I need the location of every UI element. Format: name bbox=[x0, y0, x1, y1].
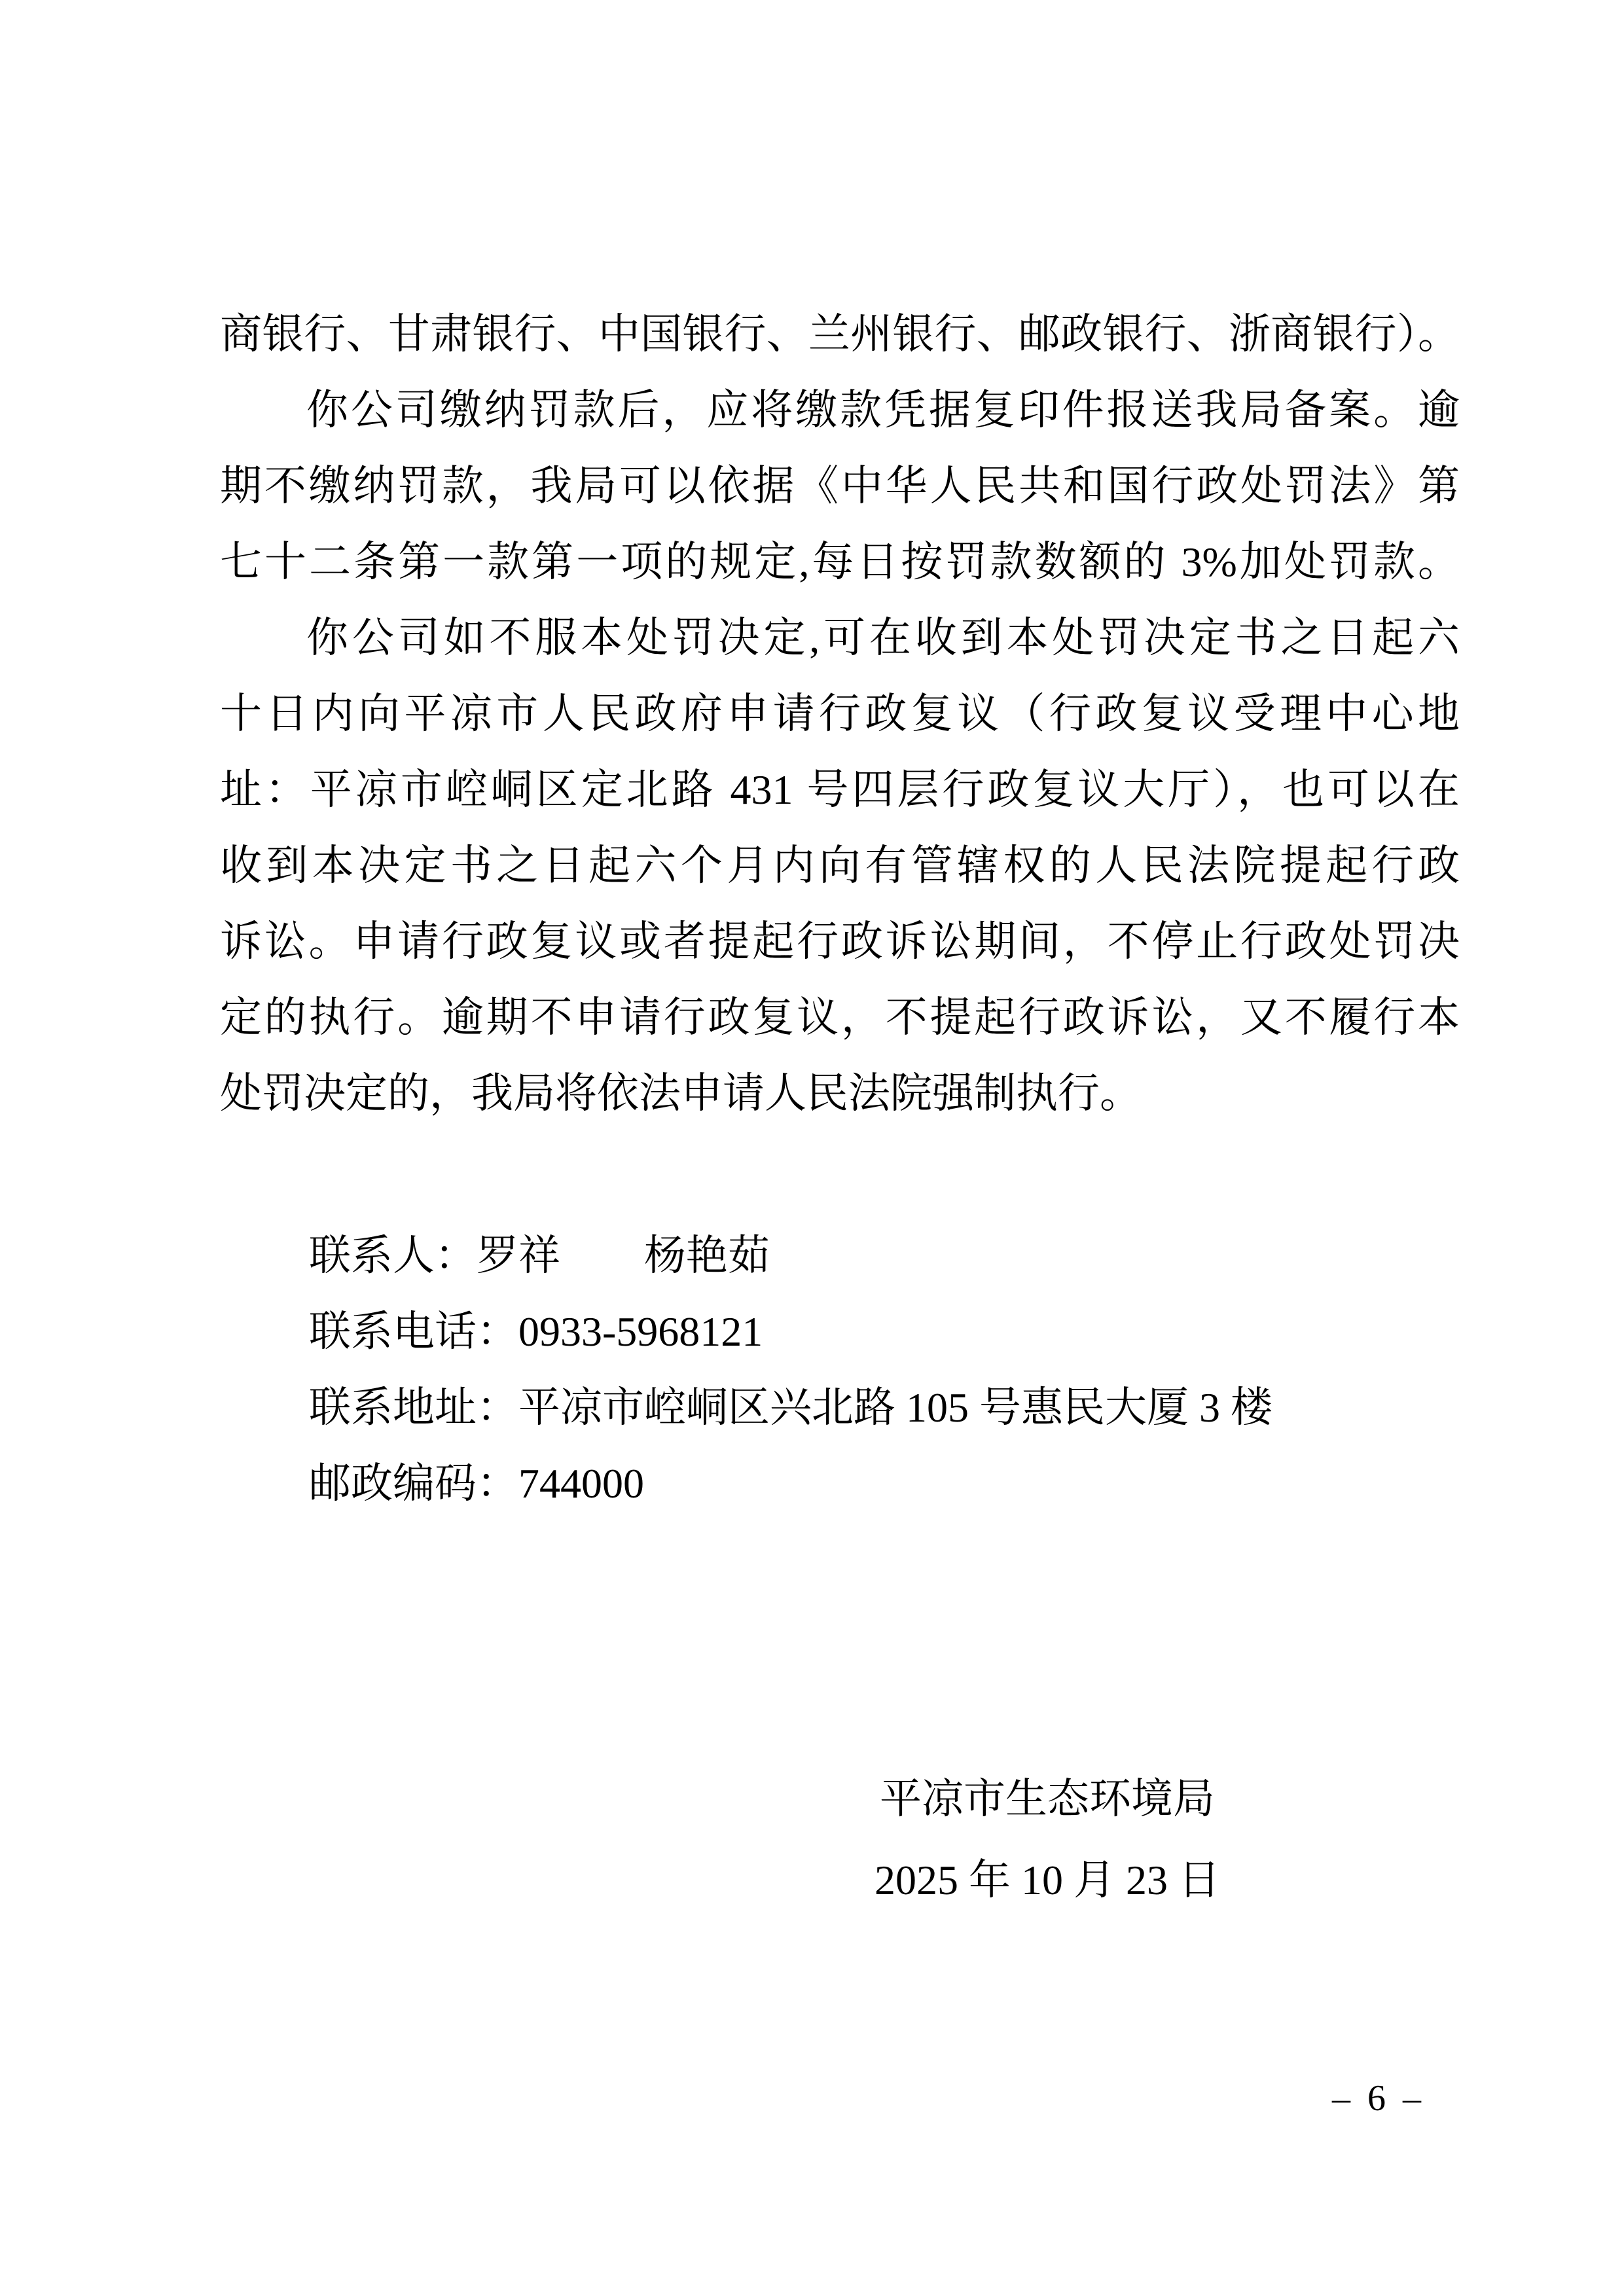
body-line: 址：平凉市崆峒区定北路 431 号四层行政复议大厅），也可以在 bbox=[220, 766, 1460, 814]
body-line: 定的执行。逾期不申请行政复议，不提起行政诉讼，又不履行本 bbox=[220, 994, 1460, 1042]
body-line: 十日内向平凉市人民政府申请行政复议（行政复议受理中心地 bbox=[220, 690, 1460, 738]
body-line: 期不缴纳罚款，我局可以依据《中华人民共和国行政处罚法》第 bbox=[220, 462, 1460, 511]
contact-phone-line: 联系电话：0933-5968121 bbox=[220, 1308, 1460, 1356]
contact-address-line: 联系地址：平凉市崆峒区兴北路 105 号惠民大厦 3 楼 bbox=[220, 1384, 1460, 1432]
body-line: 收到本决定书之日起六个月内向有管辖权的人民法院提起行政 bbox=[220, 842, 1460, 890]
body-line: 商银行、甘肃银行、中国银行、兰州银行、邮政银行、浙商银行）。 bbox=[220, 310, 1460, 359]
contact-person-line: 联系人：罗祥 杨艳茹 bbox=[220, 1232, 1460, 1280]
issuing-agency: 平凉市生态环境局 bbox=[785, 1775, 1309, 1823]
body-line: 七十二条第一款第一项的规定,每日按罚款数额的 3%加处罚款。 bbox=[220, 538, 1460, 586]
body-line: 诉讼。申请行政复议或者提起行政诉讼期间，不停止行政处罚决 bbox=[220, 918, 1460, 966]
issue-date: 2025 年 10 月 23 日 bbox=[785, 1856, 1309, 1905]
body-line: 处罚决定的，我局将依法申请人民法院强制执行。 bbox=[220, 1069, 1460, 1118]
contact-postcode-line: 邮政编码：744000 bbox=[220, 1460, 1460, 1508]
body-line: 你公司如不服本处罚决定,可在收到本处罚决定书之日起六 bbox=[220, 614, 1460, 662]
page-number: – 6 – bbox=[1332, 2079, 1425, 2118]
document-page: 商银行、甘肃银行、中国银行、兰州银行、邮政银行、浙商银行）。 你公司缴纳罚款后，… bbox=[0, 0, 1624, 2296]
body-line: 你公司缴纳罚款后，应将缴款凭据复印件报送我局备案。逾 bbox=[220, 386, 1460, 435]
